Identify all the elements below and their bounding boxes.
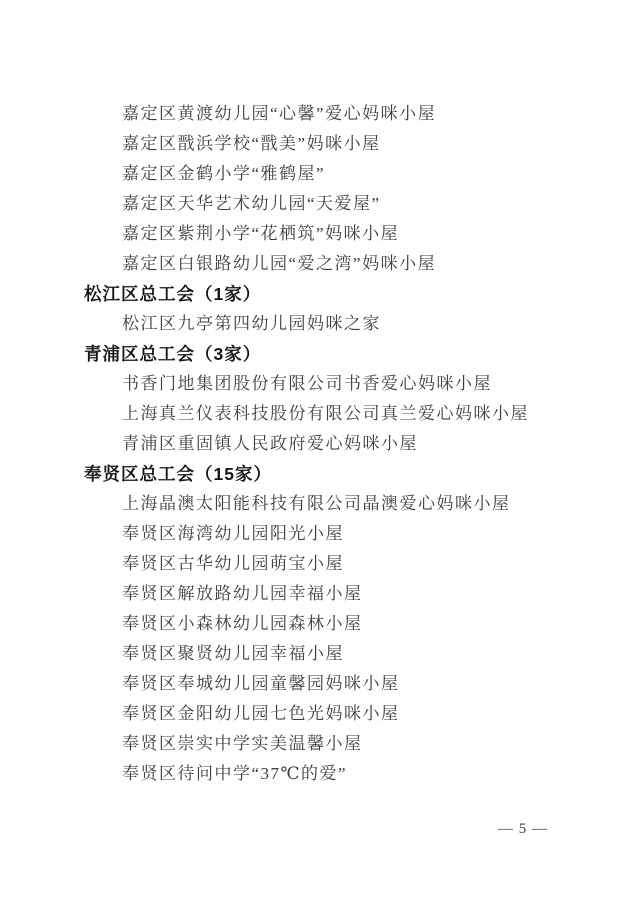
list-item: 嘉定区戬浜学校“戬美”妈咪小屋 xyxy=(0,129,640,159)
list-item: 青浦区重固镇人民政府爱心妈咪小屋 xyxy=(0,429,640,459)
list-item: 奉贤区海湾幼儿园阳光小屋 xyxy=(0,519,640,549)
section-heading: 松江区总工会（1家） xyxy=(0,279,640,309)
section-heading: 奉贤区总工会（15家） xyxy=(0,459,640,489)
list-item: 嘉定区黄渡幼儿园“心馨”爱心妈咪小屋 xyxy=(0,99,640,129)
list-item: 奉贤区古华幼儿园萌宝小屋 xyxy=(0,549,640,579)
document-page: 嘉定区黄渡幼儿园“心馨”爱心妈咪小屋嘉定区戬浜学校“戬美”妈咪小屋嘉定区金鹤小学… xyxy=(0,0,640,906)
list-item: 奉贤区待问中学“37℃的爱” xyxy=(0,759,640,789)
page-number: — 5 — xyxy=(498,818,578,840)
document-body: 嘉定区黄渡幼儿园“心馨”爱心妈咪小屋嘉定区戬浜学校“戬美”妈咪小屋嘉定区金鹤小学… xyxy=(0,99,640,789)
section-heading: 青浦区总工会（3家） xyxy=(0,339,640,369)
list-item: 奉贤区奉城幼儿园童馨园妈咪小屋 xyxy=(0,669,640,699)
list-item: 奉贤区聚贤幼儿园幸福小屋 xyxy=(0,639,640,669)
list-item: 书香门地集团股份有限公司书香爱心妈咪小屋 xyxy=(0,369,640,399)
list-item: 奉贤区解放路幼儿园幸福小屋 xyxy=(0,579,640,609)
list-item: 嘉定区白银路幼儿园“爱之湾”妈咪小屋 xyxy=(0,249,640,279)
list-item: 奉贤区崇实中学实美温馨小屋 xyxy=(0,729,640,759)
list-item: 奉贤区金阳幼儿园七色光妈咪小屋 xyxy=(0,699,640,729)
list-item: 上海真兰仪表科技股份有限公司真兰爱心妈咪小屋 xyxy=(0,399,640,429)
list-item: 嘉定区紫荆小学“花栖筑”妈咪小屋 xyxy=(0,219,640,249)
list-item: 奉贤区小森林幼儿园森林小屋 xyxy=(0,609,640,639)
list-item: 上海晶澳太阳能科技有限公司晶澳爱心妈咪小屋 xyxy=(0,489,640,519)
list-item: 嘉定区金鹤小学“雅鹤屋” xyxy=(0,159,640,189)
list-item: 松江区九亭第四幼儿园妈咪之家 xyxy=(0,309,640,339)
list-item: 嘉定区天华艺术幼儿园“天爱屋” xyxy=(0,189,640,219)
